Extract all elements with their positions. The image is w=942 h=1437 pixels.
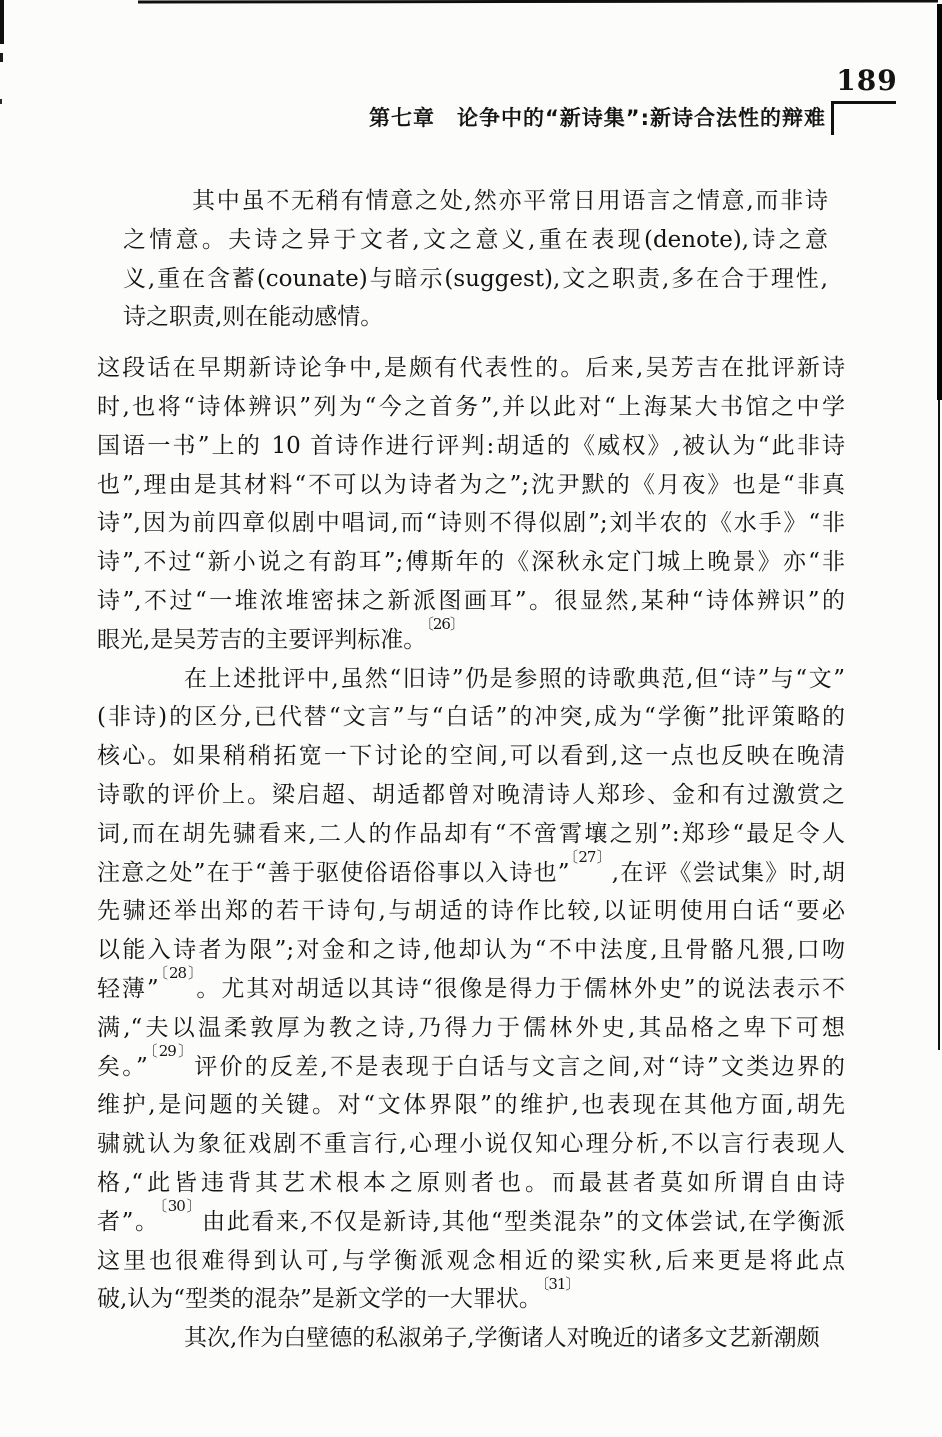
text-line: 维护,是问题的关键。对“文体界限”的维护,也表现在其他方面,胡先: [97, 1086, 845, 1125]
text-line: 破,认为“型类的混杂”是新文学的一大罪状。〔31〕: [97, 1280, 845, 1319]
scan-artifact-left-edge: [0, 0, 4, 44]
scanned-book-page: { "page": { "number": "189", "chapter_he…: [0, 0, 942, 1437]
text-line: 者”。〔30〕由此看来,不仅是新诗,其他“型类混杂”的文体尝试,在学衡派: [97, 1203, 845, 1242]
text-line: 诗之职责,则在能动感情。: [123, 298, 828, 337]
chapter-header: 第七章 论争中的“新诗集”:新诗合法性的辩难: [369, 103, 826, 133]
paragraph-analysis: 在上述批评中,虽然“旧诗”仍是参照的诗歌典范,但“诗”与“文”(非诗)的区分,已…: [97, 660, 845, 1320]
scan-artifact-left-speck: [0, 53, 3, 62]
paragraph-next-section: 其次,作为白壁德的私淑弟子,学衡诸人对晚近的诸多文艺新潮颇: [97, 1319, 845, 1358]
text-line: 诗歌的评价上。梁启超、胡适都曾对晚清诗人郑珍、金和有过激赏之: [97, 776, 845, 815]
text-line: 眼光,是吴芳吉的主要评判标准。〔26〕: [97, 621, 845, 660]
text-line: 轻薄”〔28〕。尤其对胡适以其诗“很像是得力于儒林外史”的说法表示不: [97, 970, 845, 1009]
text-line: 时,也将“诗体辨识”列为“今之首务”,并以此对“上海某大书馆之中学: [97, 388, 845, 427]
footnote-ref: 〔31〕: [542, 1275, 580, 1293]
text-line: 满,“夫以温柔敦厚为教之诗,乃得力于儒林外史,其品格之卑下可想: [97, 1009, 845, 1048]
scan-artifact-right-edge-thin: [938, 400, 940, 1050]
text-column: 其中虽不无稍有情意之处,然亦平常日用语言之情意,而非诗之情意。夫诗之异于文者,文…: [97, 182, 845, 1358]
footnote-ref: 〔27〕: [570, 848, 612, 866]
text-line: 词,而在胡先骕看来,二人的作品却有“不啻霄壤之别”:郑珍“最足令人: [97, 815, 845, 854]
text-line: 这段话在早期新诗论争中,是颇有代表性的。后来,吴芳吉在批评新诗: [97, 349, 845, 388]
footnote-ref: 〔30〕: [160, 1197, 202, 1215]
text-line: 诗”,不过“新小说之有韵耳”;傅斯年的《深秋永定门城上晚景》亦“非: [97, 543, 845, 582]
text-line: 国语一书”上的 10 首诗作进行评判:胡适的《威权》,被认为“此非诗: [97, 427, 845, 466]
paragraph-commentary: 这段话在早期新诗论争中,是颇有代表性的。后来,吴芳吉在批评新诗时,也将“诗体辨识…: [97, 349, 845, 659]
text-line: 这里也很难得到认可,与学衡派观念相近的梁实秋,后来更是将此点: [97, 1242, 845, 1281]
corner-bracket: [831, 101, 896, 135]
text-line: (非诗)的区分,已代替“文言”与“白话”的冲突,成为“学衡”批评策略的: [97, 698, 845, 737]
scan-artifact-top-edge: [138, 0, 938, 4]
text-line: 格,“此皆违背其艺术根本之原则者也。而最甚者莫如所谓自由诗: [97, 1164, 845, 1203]
text-line: 诗”,因为前四章似剧中唱词,而“诗则不得似剧”;刘半农的《水手》“非: [97, 504, 845, 543]
text-line: 核心。如果稍稍拓宽一下讨论的空间,可以看到,这一点也反映在晚清: [97, 737, 845, 776]
footnote-ref: 〔28〕: [159, 964, 197, 982]
footnote-ref: 〔29〕: [148, 1042, 195, 1060]
text-line: 义,重在含蓄(counate)与暗示(suggest),文之职责,多在合于理性,: [123, 260, 828, 299]
text-line: 在上述批评中,虽然“旧诗”仍是参照的诗歌典范,但“诗”与“文”: [97, 660, 845, 699]
scan-artifact-left-speck-2: [0, 99, 2, 104]
text-line: 先骕还举出郑的若干诗句,与胡适的诗作比较,以证明使用白话“要必: [97, 892, 845, 931]
text-line: 注意之处”在于“善于驱使俗语俗事以入诗也”〔27〕,在评《尝试集》时,胡: [97, 854, 845, 893]
quote-block: 其中虽不无稍有情意之处,然亦平常日用语言之情意,而非诗之情意。夫诗之异于文者,文…: [123, 182, 828, 337]
text-line: 诗”,不过“一堆浓堆密抹之新派图画耳”。很显然,某种“诗体辨识”的: [97, 582, 845, 621]
text-line: 其中虽不无稍有情意之处,然亦平常日用语言之情意,而非诗: [123, 182, 828, 221]
scan-artifact-right-edge: [937, 4, 942, 400]
text-line: 骕就认为象征戏剧不重言行,心理小说仅知心理分析,不以言行表现人: [97, 1125, 845, 1164]
text-line: 其次,作为白壁德的私淑弟子,学衡诸人对晚近的诸多文艺新潮颇: [97, 1319, 845, 1358]
text-line: 以能入诗者为限”;对金和之诗,他却认为“不中法度,且骨骼凡猥,口吻: [97, 931, 845, 970]
footnote-ref: 〔26〕: [426, 615, 464, 633]
text-line: 之情意。夫诗之异于文者,文之意义,重在表现(denote),诗之意: [123, 221, 828, 260]
text-line: 矣。”〔29〕评价的反差,不是表现于白话与文言之间,对“诗”文类边界的: [97, 1048, 845, 1087]
page-number: 189: [836, 64, 898, 98]
text-line: 也”,理由是其材料“不可以为诗者为之”;沈尹默的《月夜》也是“非真: [97, 466, 845, 505]
